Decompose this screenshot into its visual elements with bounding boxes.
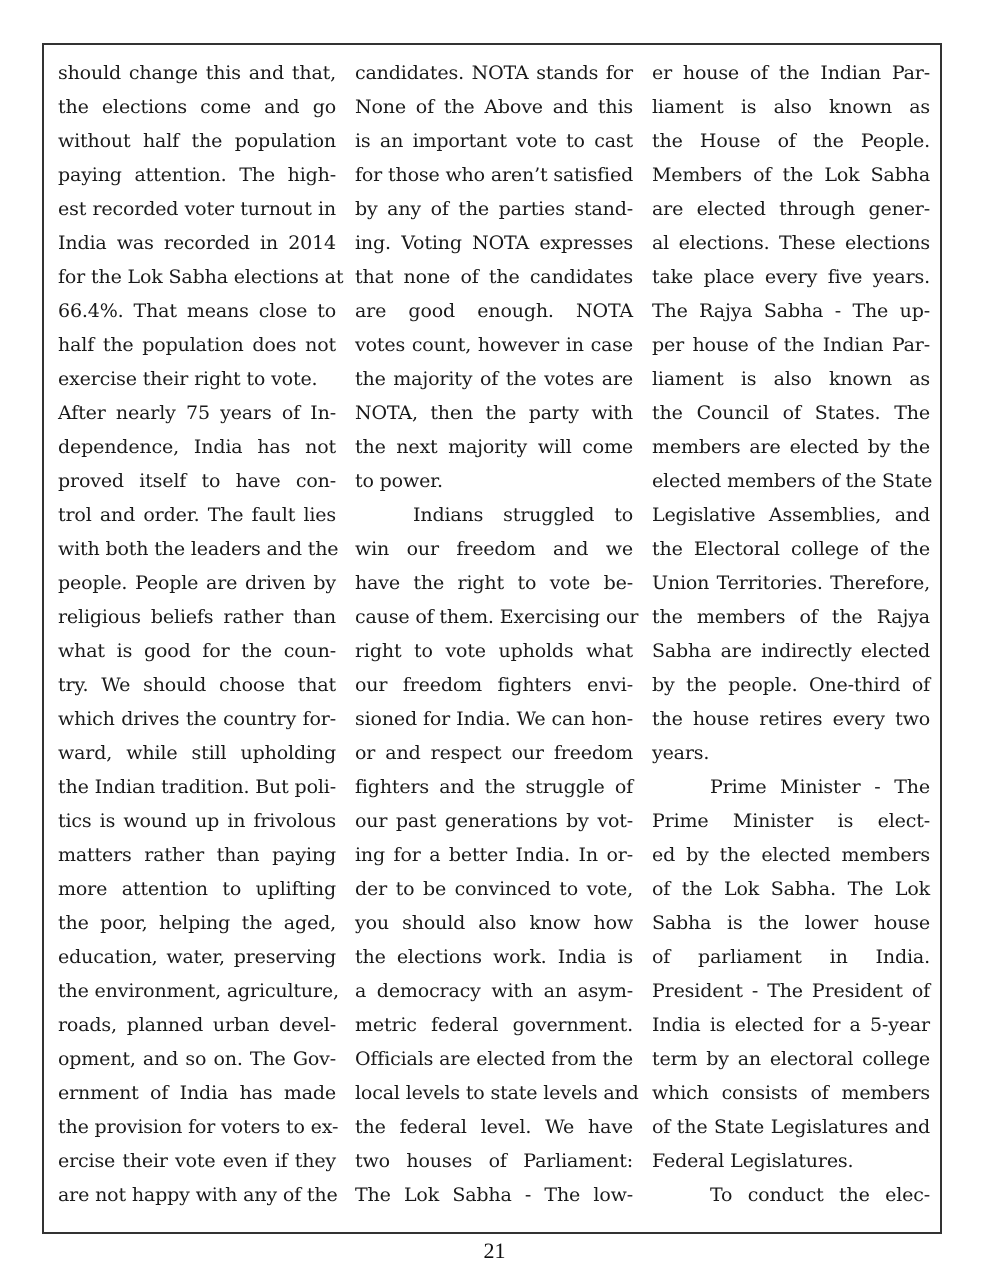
text-line: right to vote upholds what — [355, 634, 633, 668]
text-line: Members of the Lok Sabha — [652, 158, 930, 192]
text-line: India is elected for a 5-year — [652, 1008, 930, 1042]
text-line: education, water, preserving — [58, 940, 336, 974]
text-line: cause of them. Exercising our — [355, 600, 633, 634]
text-line: President - The President of — [652, 974, 930, 1008]
text-line: should change this and that, — [58, 56, 336, 90]
text-line: the house retires every two — [652, 702, 930, 736]
text-column-3: er house of the Indian Par-liament is al… — [652, 56, 930, 1212]
text-line: ed by the elected members — [652, 838, 930, 872]
text-line: Indians struggled to — [355, 498, 633, 532]
text-line: more attention to uplifting — [58, 872, 336, 906]
text-line: people. People are driven by — [58, 566, 336, 600]
text-line: tics is wound up in frivolous — [58, 804, 336, 838]
text-line: exercise their right to vote. — [58, 362, 336, 396]
text-line: sioned for India. We can hon- — [355, 702, 633, 736]
text-line: trol and order. The fault lies — [58, 498, 336, 532]
text-line: term by an electoral college — [652, 1042, 930, 1076]
text-line: of the State Legislatures and — [652, 1110, 930, 1144]
text-line: local levels to state levels and — [355, 1076, 633, 1110]
text-line: that none of the candidates — [355, 260, 633, 294]
text-column-1: should change this and that,the election… — [58, 56, 336, 1212]
text-line: matters rather than paying — [58, 838, 336, 872]
text-line: which consists of members — [652, 1076, 930, 1110]
page-number: 21 — [0, 1236, 989, 1266]
text-line: Union Territories. Therefore, — [652, 566, 930, 600]
text-line: have the right to vote be- — [355, 566, 633, 600]
text-line: for those who aren’t satisfied — [355, 158, 633, 192]
text-line: Sabha is the lower house — [652, 906, 930, 940]
text-line: the provision for voters to ex- — [58, 1110, 336, 1144]
text-line: opment, and so on. The Gov- — [58, 1042, 336, 1076]
text-line: by any of the parties stand- — [355, 192, 633, 226]
text-line: er house of the Indian Par- — [652, 56, 930, 90]
text-line: are not happy with any of the — [58, 1178, 336, 1212]
text-line: are good enough. NOTA — [355, 294, 633, 328]
text-line: Prime Minister - The — [652, 770, 930, 804]
text-line: without half the population — [58, 124, 336, 158]
text-line: are elected through gener- — [652, 192, 930, 226]
text-line: paying attention. The high- — [58, 158, 336, 192]
text-line: Legislative Assemblies, and — [652, 498, 930, 532]
text-line: with both the leaders and the — [58, 532, 336, 566]
text-line: candidates. NOTA stands for — [355, 56, 633, 90]
text-column-2: candidates. NOTA stands forNone of the A… — [355, 56, 633, 1212]
text-line: take place every five years. — [652, 260, 930, 294]
text-line: ing. Voting NOTA expresses — [355, 226, 633, 260]
text-line: members are elected by the — [652, 430, 930, 464]
text-line: roads, planned urban devel- — [58, 1008, 336, 1042]
text-line: dependence, India has not — [58, 430, 336, 464]
text-line: der to be convinced to vote, — [355, 872, 633, 906]
text-line: The Lok Sabha - The low- — [355, 1178, 633, 1212]
text-line: is an important vote to cast — [355, 124, 633, 158]
text-line: our past generations by vot- — [355, 804, 633, 838]
text-line: Prime Minister is elect- — [652, 804, 930, 838]
text-line: the Council of States. The — [652, 396, 930, 430]
text-line: a democracy with an asym- — [355, 974, 633, 1008]
text-line: years. — [652, 736, 930, 770]
text-line: the members of the Rajya — [652, 600, 930, 634]
text-line: the poor, helping the aged, — [58, 906, 336, 940]
text-line: ward, while still upholding — [58, 736, 336, 770]
text-line: win our freedom and we — [355, 532, 633, 566]
text-line: our freedom fighters envi- — [355, 668, 633, 702]
text-line: Officials are elected from the — [355, 1042, 633, 1076]
text-line: metric federal government. — [355, 1008, 633, 1042]
text-line: of parliament in India. — [652, 940, 930, 974]
text-line: liament is also known as — [652, 90, 930, 124]
text-line: to power. — [355, 464, 633, 498]
text-line: half the population does not — [58, 328, 336, 362]
text-line: Federal Legislatures. — [652, 1144, 930, 1178]
text-line: or and respect our freedom — [355, 736, 633, 770]
text-line: the environment, agriculture, — [58, 974, 336, 1008]
text-line: ercise their vote even if they — [58, 1144, 336, 1178]
text-line: ernment of India has made — [58, 1076, 336, 1110]
text-line: the elections work. India is — [355, 940, 633, 974]
text-line: you should also know how — [355, 906, 633, 940]
text-line: by the people. One-third of — [652, 668, 930, 702]
text-line: the majority of the votes are — [355, 362, 633, 396]
text-line: est recorded voter turnout in — [58, 192, 336, 226]
text-line: which drives the country for- — [58, 702, 336, 736]
text-line: of the Lok Sabha. The Lok — [652, 872, 930, 906]
text-line: elected members of the State — [652, 464, 930, 498]
text-line: what is good for the coun- — [58, 634, 336, 668]
text-line: the next majority will come — [355, 430, 633, 464]
text-line: proved itself to have con- — [58, 464, 336, 498]
text-line: two houses of Parliament: — [355, 1144, 633, 1178]
text-line: 66.4%. That means close to — [58, 294, 336, 328]
text-line: votes count, however in case — [355, 328, 633, 362]
text-line: the federal level. We have — [355, 1110, 633, 1144]
text-line: ing for a better India. In or- — [355, 838, 633, 872]
text-line: al elections. These elections — [652, 226, 930, 260]
text-line: the Electoral college of the — [652, 532, 930, 566]
text-line: try. We should choose that — [58, 668, 336, 702]
text-line: for the Lok Sabha elections at — [58, 260, 336, 294]
text-line: religious beliefs rather than — [58, 600, 336, 634]
text-line: liament is also known as — [652, 362, 930, 396]
text-line: the House of the People. — [652, 124, 930, 158]
text-line: the elections come and go — [58, 90, 336, 124]
text-line: None of the Above and this — [355, 90, 633, 124]
text-line: per house of the Indian Par- — [652, 328, 930, 362]
text-line: The Rajya Sabha - The up- — [652, 294, 930, 328]
text-line: Sabha are indirectly elected — [652, 634, 930, 668]
text-line: fighters and the struggle of — [355, 770, 633, 804]
text-line: the Indian tradition. But poli- — [58, 770, 336, 804]
text-line: After nearly 75 years of In- — [58, 396, 336, 430]
text-line: India was recorded in 2014 — [58, 226, 336, 260]
text-line: To conduct the elec- — [652, 1178, 930, 1212]
text-line: NOTA, then the party with — [355, 396, 633, 430]
